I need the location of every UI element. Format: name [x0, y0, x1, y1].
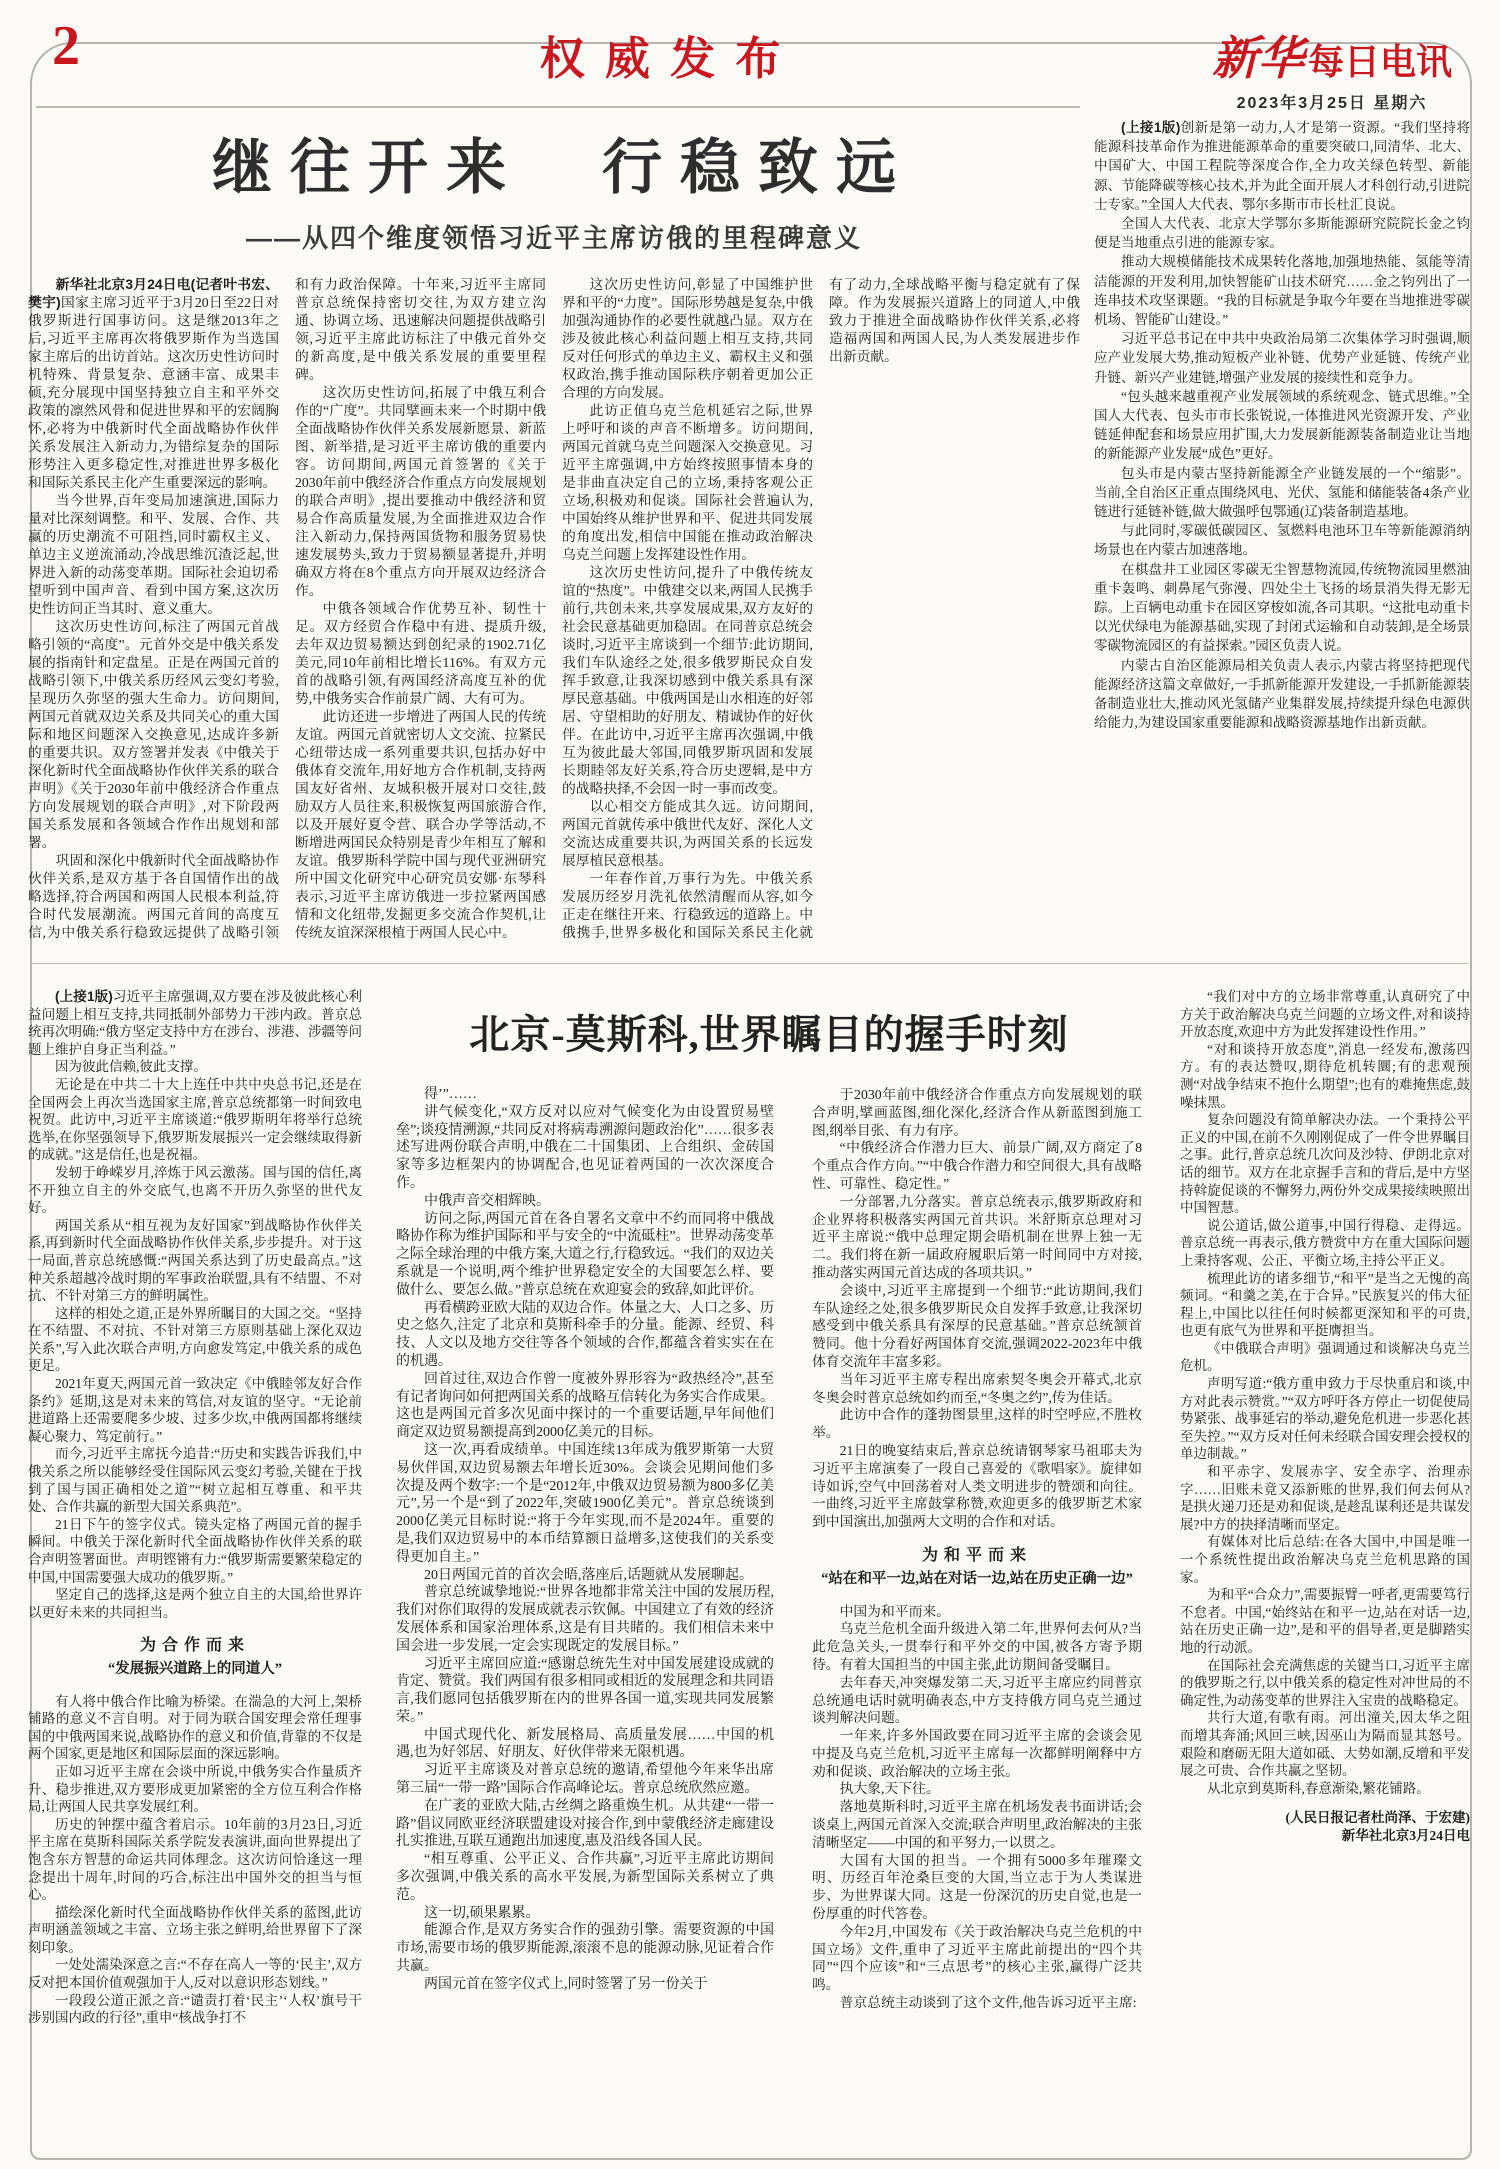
article-paragraph: 这次历史性访问,彰显了中国维护世界和平的“力度”。国际形势越是复杂,中俄加强沟通…: [562, 276, 813, 402]
article-paragraph: “中俄经济合作潜力巨大、前景广阔,双方商定了8个重点合作方向。”“中俄合作潜力和…: [812, 1139, 1142, 1192]
article-paragraph: 有人将中俄合作比喻为桥梁。在湍急的大河上,架桥铺路的意义不言自明。对于同为联合国…: [28, 1693, 362, 1763]
article-paragraph: 习近平主席谈及对普京总统的邀请,希望他今年来华出席第三届“一带一路”国际合作高峰…: [396, 1762, 774, 1798]
article-paragraph: 这一次,再看成绩单。中国连续13年成为俄罗斯第一大贸易伙伴国,双边贸易额去年增长…: [396, 1442, 774, 1567]
article-paragraph: 而今,习近平主席抚今追昔:“历史和实践告诉我们,中俄关系之所以能够经受住国际风云…: [28, 1445, 362, 1515]
article-paragraph: 描绘深化新时代全面战略协作伙伴关系的蓝图,此访声明涵盖领域之丰富、立场主张之鲜明…: [28, 1904, 362, 1957]
article-paragraph: 21日的晚宴结束后,普京总统请钢琴家马祖耶夫为习近平主席演奏了一段自己喜爱的《歌…: [812, 1442, 1142, 1531]
article-paragraph: 发轫于峥嵘岁月,淬炼于风云激荡。国与国的信任,离不开独立自主的外交底气,也离不开…: [28, 1164, 362, 1217]
article-paragraph: 两国关系从“相互视为友好国家”到战略协作伙伴关系,再到新时代全面战略协作伙伴关系…: [28, 1217, 362, 1305]
masthead-script-logo: 新华: [1212, 33, 1304, 84]
article-paragraph: (上接1版)习近平主席强调,双方要在涉及彼此核心利益问题上相互支持,共同抵制外部…: [28, 988, 362, 1058]
article-paragraph: 20日两国元首的首次会晤,落座后,话题就从发展聊起。: [396, 1567, 774, 1585]
article-paragraph: 此访还进一步增进了两国人民的传统友谊。两国元首就密切人文交流、拉紧民心纽带达成一…: [295, 708, 546, 942]
bottom-article-headline: 北京-莫斯科,世界瞩目的握手时刻: [396, 996, 1142, 1074]
page-number: 2: [52, 14, 80, 78]
article-paragraph: 此访中合作的蓬勃图景里,这样的时空呼应,不胜枚举。: [812, 1406, 1142, 1442]
article-paragraph: 21日下午的签字仪式。镜头定格了两国元首的握手瞬间。中俄关于深化新时代全面战略协…: [28, 1516, 362, 1586]
article-paragraph: 当年习近平主席专程出席索契冬奥会开幕式,北京冬奥会时普京总统如约而至,“冬奥之约…: [812, 1371, 1142, 1407]
article-paragraph: 共行大道,有歌有雨。河出潼关,因太华之阻而增其奔涌;风回三峡,因巫山为隔而显其怒…: [1180, 1709, 1470, 1779]
bottom-article-column-3: “我们对中方的立场非常尊重,认真研究了中方关于政治解决乌克兰问题的立场文件,对和…: [1180, 988, 1470, 2156]
article-paragraph: 正如习近平主席在会谈中所说,中俄务实合作量质齐升、稳步推进,双方要形成更加紧密的…: [28, 1763, 362, 1816]
crosshead: 为和平而来: [812, 1547, 1142, 1565]
article-paragraph: 这次历史性访问,拓展了中俄互利合作的“广度”。共同擘画未来一个时期中俄全面战略协…: [295, 384, 546, 600]
article-paragraph: 历史的钟摆中蕴含着启示。10年前的3月23日,习近平主席在莫斯科国际关系学院发表…: [28, 1816, 362, 1904]
article-paragraph: 以心相交方能成其久远。访问期间,两国元首就传承中俄世代友好、深化人文交流达成重要…: [562, 798, 813, 870]
article-paragraph: 在棋盘井工业园区零碳无尘智慧物流园,传统物流园里燃油重卡轰鸣、刺鼻尾气弥漫、四处…: [1094, 560, 1470, 656]
article-paragraph: 和平赤字、发展赤字、安全赤字、治理赤字……旧账未竟又添新账的世界,我们何去何从?…: [1180, 1463, 1470, 1533]
article-paragraph: (上接1版)创新是第一动力,人才是第一资源。“我们坚持将能源科技革命作为推进能源…: [1094, 118, 1470, 214]
article-paragraph: 说公道话,做公道事,中国行得稳、走得远。普京总统一再表示,俄方赞赏中方在重大国际…: [1180, 1217, 1470, 1270]
article-paragraph: 能源合作,是双方务实合作的强劲引擎。需要资源的中国市场,需要市场的俄罗斯能源,滚…: [396, 1922, 774, 1975]
article-paragraph: 落地莫斯科时,习近平主席在机场发表书面讲话;会谈桌上,两国元首深入交流;联合声明…: [812, 1798, 1142, 1851]
article-paragraph: 声明写道:“俄方重申致力于尽快重启和谈,中方对此表示赞赏。”“双方呼吁各方停止一…: [1180, 1375, 1470, 1463]
article-paragraph: 一分部署,九分落实。普京总统表示,俄罗斯政府和企业界将积极落实两国元首共识。米舒…: [812, 1193, 1142, 1282]
article-paragraph: 此访正值乌克兰危机延宕之际,世界上呼吁和谈的声音不断增多。访问期间,两国元首就乌…: [562, 402, 813, 564]
article-paragraph: “我们对中方的立场非常尊重,认真研究了中方关于政治解决乌克兰问题的立场文件,对和…: [1180, 988, 1470, 1041]
article-paragraph: 回首过往,双边合作曾一度被外界形容为“政热经冷”,甚至有记者询问如何把两国关系的…: [396, 1371, 774, 1442]
article-paragraph: “对和谈持开放态度”,消息一经发布,激荡四方。有的表达赞叹,期待危机转圜;有的悲…: [1180, 1041, 1470, 1111]
crosshead-quote: “站在和平一边,站在对话一边,站在历史正确一边”: [812, 1571, 1142, 1589]
article-paragraph: 今年2月,中国发布《关于政治解决乌克兰危机的中国立场》文件,重申了习近平主席此前…: [812, 1923, 1142, 1994]
header-rule: [36, 106, 1080, 108]
article-paragraph: 习近平主席回应道:“感谢总统先生对中国发展建设成就的肯定、赞赏。我们两国有很多相…: [396, 1656, 774, 1727]
article-paragraph: 新华社北京3月24日电(记者叶书宏、樊宇)国家主席习近平于3月20日至22日对俄…: [28, 276, 279, 492]
byline-signature: (人民日报记者杜尚泽、于宏建): [1180, 1809, 1470, 1827]
article-paragraph: 这样的相处之道,正是外界所瞩目的大国之交。“坚持在不结盟、不对抗、不针对第三方原…: [28, 1305, 362, 1375]
main-article-body: 新华社北京3月24日电(记者叶书宏、樊宇)国家主席习近平于3月20日至22日对俄…: [28, 276, 1080, 952]
article-paragraph: 讲气候变化,“双方反对以应对气候变化为由设置贸易壁垒”;谈疫情溯源,“共同反对将…: [396, 1104, 774, 1193]
main-subheadline: ——从四个维度领悟习近平主席访俄的里程碑意义: [28, 218, 1080, 255]
article-paragraph: 梳理此访的诸多细节,“和平”是当之无愧的高频词。“和羹之美,在于合异。”民族复兴…: [1180, 1270, 1470, 1340]
crosshead-quote: “发展振兴道路上的同道人”: [28, 1661, 362, 1679]
article-paragraph: 得’”……: [396, 1086, 774, 1104]
article-paragraph: 有媒体对比后总结:在各大国中,中国是唯一一个系统性提出政治解决乌克兰危机思路的国…: [1180, 1533, 1470, 1586]
bottom-article-column-2: 于2030年前中俄经济合作重点方向发展规划的联合声明,擘画蓝图,细化深化,经济合…: [812, 1086, 1142, 2156]
article-paragraph: 《中俄联合声明》强调通过和谈解决乌克兰危机。: [1180, 1340, 1470, 1375]
article-paragraph: 包头市是内蒙古坚持新能源全产业链发展的一个“缩影”。当前,全自治区正重点围绕风电…: [1094, 464, 1470, 522]
article-paragraph: 因为彼此信赖,彼此支撑。: [28, 1058, 362, 1076]
article-paragraph: “相互尊重、公平正义、合作共赢”,习近平主席此访期间多次强调,中俄关系的高水平发…: [396, 1851, 774, 1904]
article-paragraph: 习近平总书记在中共中央政治局第二次集体学习时强调,顺应产业发展大势,推动短板产业…: [1094, 329, 1470, 387]
article-paragraph: 于2030年前中俄经济合作重点方向发展规划的联合声明,擘画蓝图,细化深化,经济合…: [812, 1086, 1142, 1139]
article-paragraph: 推动大规模储能技术成果转化落地,加强地热能、氢能等清洁能源的开发利用,加快智能矿…: [1094, 252, 1470, 329]
sidebar-continuation-article: (上接1版)创新是第一动力,人才是第一资源。“我们坚持将能源科技革命作为推进能源…: [1094, 118, 1470, 954]
article-paragraph: 一段段公道正派之音:“谴责打着‘民主’‘人权’旗号干涉别国内政的行径”,重申“核…: [28, 1992, 362, 2027]
article-paragraph: 一处处濡染深意之言:“不存在高人一等的‘民主’,双方反对把本国价值观强加于人,反…: [28, 1956, 362, 1991]
article-paragraph: 大国有大国的担当。一个拥有5000多年璀璨文明、历经百年沧桑巨变的大国,当立志于…: [812, 1852, 1142, 1923]
article-paragraph: 在广袤的亚欧大陆,古丝绸之路重焕生机。从共建“一带一路”倡议同欧亚经济联盟建设对…: [396, 1798, 774, 1851]
article-paragraph: 全国人大代表、北京大学鄂尔多斯能源研究院院长金之钧便是当地重点引进的能源专家。: [1094, 214, 1470, 252]
article-paragraph: 中国为和平而来。: [812, 1603, 1142, 1621]
main-headline: 继往开来 行稳致远: [28, 120, 1080, 206]
section-title: 权威发布: [420, 22, 900, 87]
article-paragraph: 中俄声音交相辉映。: [396, 1193, 774, 1211]
article-paragraph: 从北京到莫斯科,春意渐染,繁花铺路。: [1180, 1780, 1470, 1798]
article-paragraph: 在国际社会充满焦虑的关键当口,习近平主席的俄罗斯之行,以中俄关系的稳定性对冲世局…: [1180, 1657, 1470, 1710]
article-paragraph: “包头越来越重视产业发展领域的系统观念、链式思维。”全国人大代表、包头市市长张锐…: [1094, 387, 1470, 464]
article-paragraph: 复杂问题没有简单解决办法。一个秉持公平正义的中国,在前不久刚刚促成了一件令世界瞩…: [1180, 1111, 1470, 1217]
article-paragraph: 内蒙古自治区能源局相关负责人表示,内蒙古将坚持把现代能源经济这篇文章做好,一手抓…: [1094, 656, 1470, 733]
article-paragraph: 访问之际,两国元首在各自署名文章中不约而同将中俄战略协作称为维护国际和平与安全的…: [396, 1211, 774, 1300]
masthead-logo: 新华每日电讯: [1212, 22, 1452, 88]
article-paragraph: 会谈中,习近平主席提到一个细节:“此访期间,我们车队途经之处,很多俄罗斯民众自发…: [812, 1282, 1142, 1371]
article-paragraph: 2021年夏天,两国元首一致决定《中俄睦邻友好合作条约》延期,这是对未来的笃信,…: [28, 1375, 362, 1445]
crosshead: 为合作而来: [28, 1637, 362, 1655]
article-paragraph: 一年来,许多外国政要在同习近平主席的会谈会见中提及乌克兰危机,习近平主席每一次都…: [812, 1727, 1142, 1780]
article-paragraph: 中国式现代化、新发展格局、高质量发展……中国的机遇,也为好邻居、好朋友、好伙伴带…: [396, 1727, 774, 1763]
bottom-left-continuation-column: (上接1版)习近平主席强调,双方要在涉及彼此核心利益问题上相互支持,共同抵制外部…: [28, 988, 362, 2156]
article-paragraph: 两国元首在签字仪式上,同时签署了另一份关于: [396, 1976, 774, 1994]
masthead-name: 每日电讯: [1308, 41, 1452, 82]
article-paragraph: 乌克兰危机全面升级进入第二年,世界何去何从?当此危急关头,一贯奉行和平外交的中国…: [812, 1620, 1142, 1673]
section-divider: [32, 963, 1468, 964]
article-paragraph: 再看横跨亚欧大陆的双边合作。体量之大、人口之多、历史之悠久,注定了北京和莫斯科牵…: [396, 1300, 774, 1371]
article-paragraph: 坚定自己的选择,这是两个独立自主的大国,给世界许以更好未来的共同担当。: [28, 1586, 362, 1621]
bottom-article-column-1: 得’”……讲气候变化,“双方反对以应对气候变化为由设置贸易壁垒”;谈疫情溯源,“…: [396, 1086, 774, 2156]
dateline: 新华社北京3月24日电: [1180, 1827, 1470, 1845]
edition-date: 2023年3月25日 星期六: [1212, 90, 1452, 113]
article-paragraph: 这次历史性访问,提升了中俄传统友谊的“热度”。中俄建交以来,两国人民携手前行,共…: [562, 564, 813, 798]
masthead: 新华每日电讯 2023年3月25日 星期六: [1212, 22, 1452, 113]
article-paragraph: 为和平“合众力”,需要振臂一呼者,更需要笃行不怠者。中国,“始终站在和平一边,站…: [1180, 1586, 1470, 1656]
article-paragraph: 普京总统主动谈到了这个文件,他告诉习近平主席:: [812, 1994, 1142, 2012]
article-paragraph: 中俄各领域合作优势互补、韧性十足。双方经贸合作稳中有进、提质升级,去年双边贸易额…: [295, 600, 546, 708]
article-paragraph: 去年春天,冲突爆发第二天,习近平主席应约同普京总统通电话时就明确表态,中方支持俄…: [812, 1674, 1142, 1727]
article-paragraph: 无论是在中共二十大上连任中共中央总书记,还是在全国两会上再次当选国家主席,普京总…: [28, 1076, 362, 1164]
article-paragraph: 执大象,天下往。: [812, 1780, 1142, 1798]
article-paragraph: 这次历史性访问,标注了两国元首战略引领的“高度”。元首外交是中俄关系发展的指南针…: [28, 618, 279, 852]
article-paragraph: 与此同时,零碳低碳园区、氢燃料电池环卫车等新能源消纳场景也在内蒙古加速落地。: [1094, 521, 1470, 559]
article-paragraph: 普京总统诚挚地说:“世界各地都非常关注中国的发展历程,我们对你们取得的发展成就表…: [396, 1584, 774, 1655]
article-paragraph: 当今世界,百年变局加速演进,国际力量对比深刻调整。和平、发展、合作、共赢的历史潮…: [28, 492, 279, 618]
article-paragraph: 这一切,硕果累累。: [396, 1905, 774, 1923]
